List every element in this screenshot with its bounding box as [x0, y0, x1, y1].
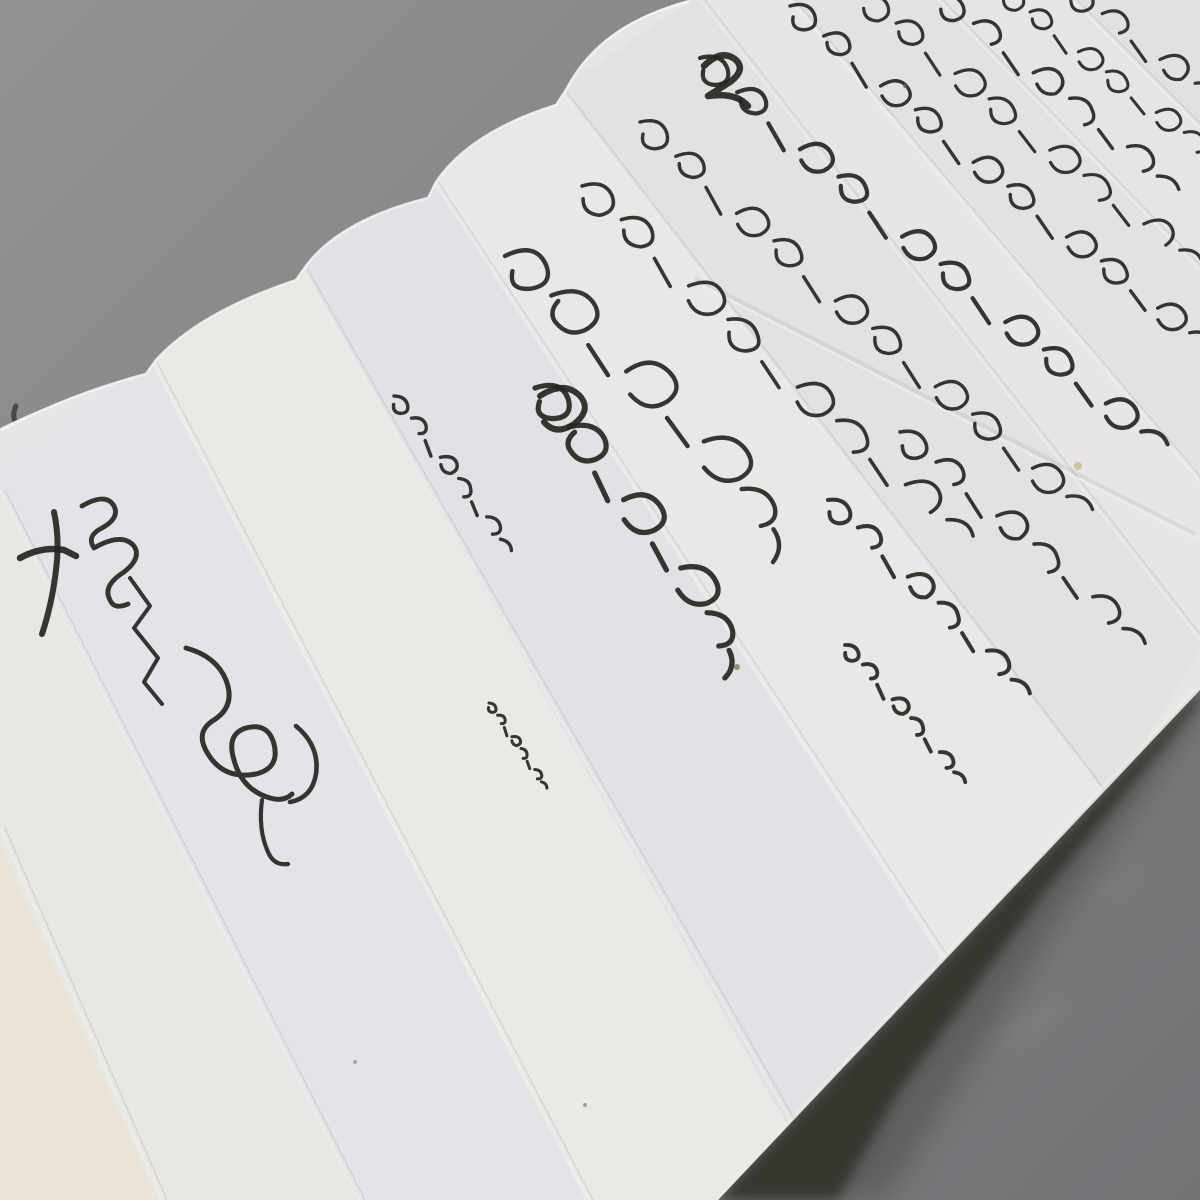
- paper-speck: [903, 84, 907, 88]
- paper-speck: [1074, 462, 1082, 470]
- letter-photograph: [0, 0, 1200, 1200]
- paper-speck: [583, 1103, 587, 1107]
- paper-speck: [734, 664, 740, 670]
- paper-speck: [353, 1060, 357, 1064]
- photo-canvas: [0, 0, 1200, 1200]
